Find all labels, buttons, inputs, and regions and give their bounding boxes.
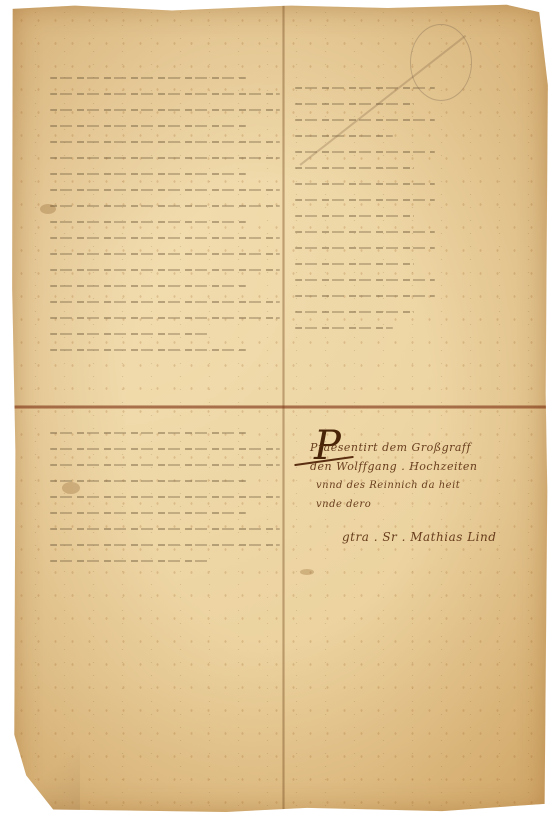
quadrant-top-left-text xyxy=(50,64,280,365)
horizontal-fold-line xyxy=(10,405,550,409)
quadrant-bottom-left-text xyxy=(50,419,280,576)
docket-signature: gtra . Sr . Mathias Lind xyxy=(342,528,542,547)
ink-stain xyxy=(40,204,56,214)
ink-stain xyxy=(62,482,80,494)
quadrant-top-right-text xyxy=(295,74,435,343)
endorsement-docket: P Praesentirt dem Großgraff den Wolffgan… xyxy=(292,420,542,570)
corner-wear xyxy=(20,744,80,820)
manuscript-sheet xyxy=(10,4,550,816)
docket-line: vnde dero xyxy=(316,495,542,514)
docket-line: den Wolffgang . Hochzeiten xyxy=(310,457,542,476)
docket-line: vnnd des Reinnich da heit xyxy=(316,476,542,495)
docket-line: Praesentirt dem Großgraff xyxy=(310,438,542,457)
vertical-fold-line xyxy=(282,4,285,816)
